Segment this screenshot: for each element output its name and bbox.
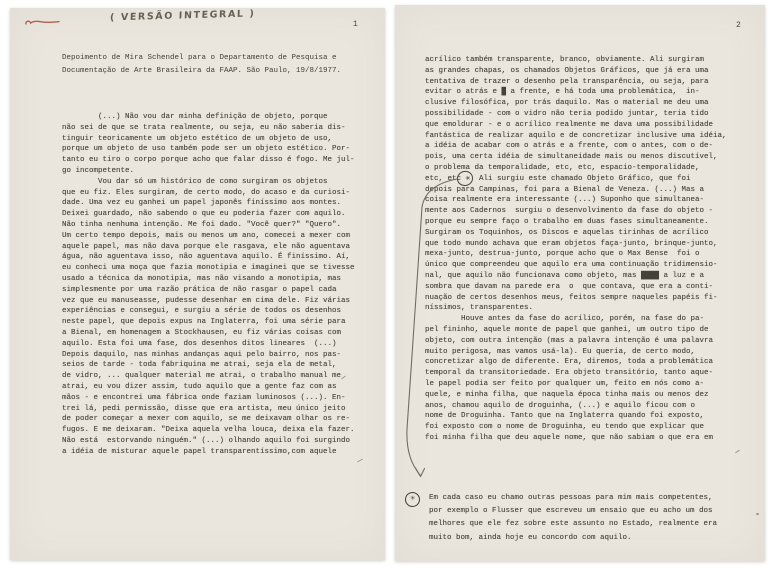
- footnote-marker-icon: ✳: [404, 491, 421, 508]
- handwritten-annotation: ( VERSÃO INTEGRAL ): [110, 8, 280, 24]
- footnote: ✳ Em cada caso eu chamo outras pessoas p…: [405, 492, 745, 545]
- page-number: 2: [736, 21, 741, 30]
- page-2-body: acrílico também transparente, branco, ob…: [425, 55, 745, 444]
- scanned-document: ( VERSÃO INTEGRAL ) 1 Depoimento de Mira…: [0, 0, 768, 571]
- red-pen-mark-icon: [24, 17, 62, 29]
- stray-mark: [357, 459, 363, 463]
- page-1-body: (...) Não vou dar minha definição de obj…: [62, 112, 367, 458]
- stray-mark: [756, 513, 759, 515]
- document-header: Depoimento de Mira Schendel para o Depar…: [62, 52, 362, 78]
- stray-mark: [735, 450, 740, 453]
- page-2: 2 acrílico também transparente, branco, …: [395, 5, 765, 561]
- page-number: 1: [353, 20, 358, 29]
- page-1: ( VERSÃO INTEGRAL ) 1 Depoimento de Mira…: [10, 8, 385, 560]
- footnote-text: Em cada caso eu chamo outras pessoas par…: [429, 492, 717, 545]
